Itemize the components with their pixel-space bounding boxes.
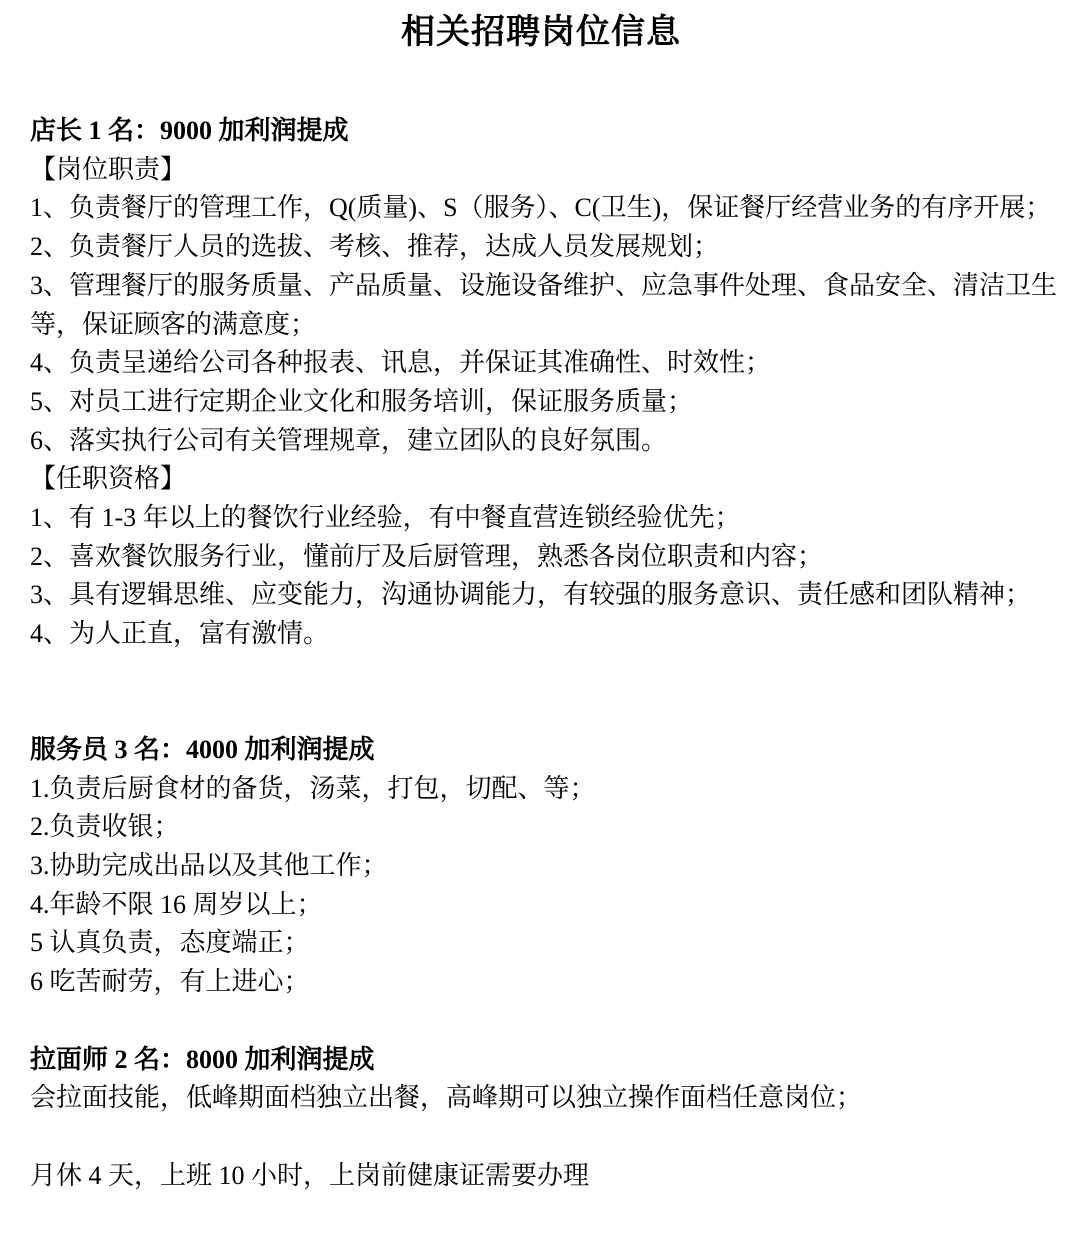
- job-section-waiter: 服务员 3 名：4000 加利润提成 1.负责后厨食材的备货，汤菜，打包，切配、…: [30, 731, 1070, 1002]
- work-terms-note: 月休 4 天，上班 10 小时，上岗前健康证需要办理: [30, 1157, 1070, 1196]
- page-title: 相关招聘岗位信息: [30, 12, 1052, 54]
- job-detail-line: 4、负责呈递给公司各种报表、讯息，并保证其准确性、时效性；: [30, 344, 1070, 383]
- job-detail-line: 2、负责餐厅人员的选拔、考核、推荐，达成人员发展规划；: [30, 228, 1070, 267]
- job-detail-line: 1.负责后厨食材的备货，汤菜，打包，切配、等；: [30, 770, 1070, 809]
- job-detail-line: 2.负责收银；: [30, 808, 1070, 847]
- job-heading-waiter: 服务员 3 名：4000 加利润提成: [30, 731, 1070, 770]
- job-detail-line: 4、为人正直，富有激情。: [30, 615, 1070, 654]
- section-label-qualifications: 【任职资格】: [30, 460, 1070, 499]
- job-detail-line: 3、管理餐厅的服务质量、产品质量、设施设备维护、应急事件处理、食品安全、清洁卫生…: [30, 267, 1070, 344]
- job-detail-line: 6、落实执行公司有关管理规章，建立团队的良好氛围。: [30, 422, 1070, 461]
- job-section-store-manager: 店长 1 名：9000 加利润提成 【岗位职责】 1、负责餐厅的管理工作，Q(质…: [30, 112, 1070, 654]
- job-detail-line: 5 认真负责，态度端正；: [30, 924, 1070, 963]
- job-detail-line: 2、喜欢餐饮服务行业，懂前厅及后厨管理，熟悉各岗位职责和内容；: [30, 538, 1070, 577]
- section-label-responsibilities: 【岗位职责】: [30, 151, 1070, 190]
- job-heading-store-manager: 店长 1 名：9000 加利润提成: [30, 112, 1070, 151]
- job-detail-line: 3、具有逻辑思维、应变能力，沟通协调能力，有较强的服务意识、责任感和团队精神；: [30, 576, 1070, 615]
- document-page: 相关招聘岗位信息 店长 1 名：9000 加利润提成 【岗位职责】 1、负责餐厅…: [0, 0, 1080, 1254]
- job-detail-line: 6 吃苦耐劳，有上进心；: [30, 963, 1070, 1002]
- job-heading-noodle-chef: 拉面师 2 名：8000 加利润提成: [30, 1041, 1070, 1080]
- job-detail-line: 1、有 1-3 年以上的餐饮行业经验，有中餐直营连锁经验优先；: [30, 499, 1070, 538]
- job-detail-line: 会拉面技能，低峰期面档独立出餐，高峰期可以独立操作面档任意岗位；: [30, 1079, 1070, 1118]
- job-detail-line: 3.协助完成出品以及其他工作；: [30, 847, 1070, 886]
- job-detail-line: 4.年龄不限 16 周岁以上；: [30, 886, 1070, 925]
- job-section-noodle-chef: 拉面师 2 名：8000 加利润提成 会拉面技能，低峰期面档独立出餐，高峰期可以…: [30, 1041, 1070, 1118]
- job-detail-line: 1、负责餐厅的管理工作，Q(质量)、S（服务）、C(卫生)，保证餐厅经营业务的有…: [30, 189, 1070, 228]
- job-detail-line: 5、对员工进行定期企业文化和服务培训，保证服务质量；: [30, 383, 1070, 422]
